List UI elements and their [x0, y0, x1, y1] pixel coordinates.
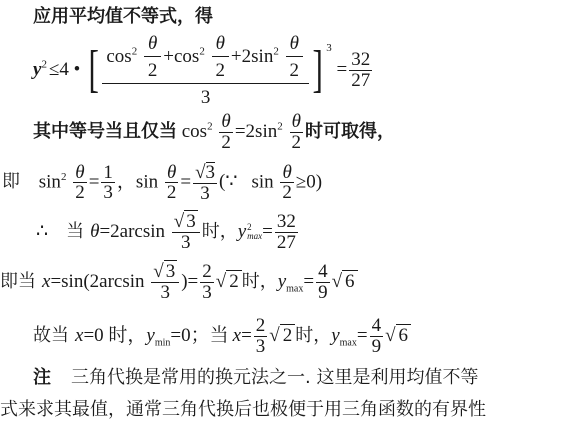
half-theta: θ2 [289, 112, 303, 153]
sub: max [247, 232, 262, 241]
op: + [163, 46, 174, 67]
exp: 2 [61, 171, 67, 183]
var-y: y [146, 325, 154, 346]
var-y: y [238, 221, 246, 242]
equals: = [337, 59, 348, 80]
den: 27 [349, 71, 372, 91]
close: )= [181, 271, 198, 292]
num: 2 [200, 262, 214, 283]
sine-value-line: 即 sin2 θ2=13，sin θ2=√33(∵sin θ2≥0) [2, 162, 322, 204]
exp: 2 [273, 45, 279, 57]
den: 9 [370, 337, 384, 357]
num: 4 [370, 316, 384, 337]
den: 3 [198, 184, 212, 204]
prefix: 其中等号当且仅当 [33, 121, 177, 142]
coef: 23 [200, 262, 214, 303]
den: 2 [73, 183, 87, 203]
radicand: 2 [280, 324, 296, 346]
expr: =sin(2arcsin [50, 271, 144, 292]
sub: max [340, 338, 357, 349]
prefix: 即 [2, 171, 20, 192]
num: θ [219, 112, 232, 133]
sqrt-icon: √ [195, 162, 205, 183]
den: 2 [219, 133, 233, 153]
sqrt-icon: √ [332, 271, 342, 292]
inequality-formula: y2≤4 • [ cos2 θ2+cos2 θ2+2sin2 θ2 3 ]3 =… [33, 34, 374, 107]
num: θ [73, 163, 86, 184]
fn: sin [136, 171, 158, 192]
intro-line: 应用平均值不等式，得 [33, 8, 213, 26]
intro-text: 应用平均值不等式，得 [33, 6, 213, 27]
equality-condition-line: 其中等号当且仅当 cos2 θ2=2sin2 θ2时可取得， [33, 112, 395, 153]
num: √3 [172, 212, 200, 233]
den: 2 [214, 57, 228, 81]
prefix: 故当 [33, 325, 69, 346]
one-third: 13 [101, 163, 115, 204]
mean-numerator: cos2 θ2+cos2 θ2+2sin2 θ2 [102, 34, 309, 84]
note-text-2: 式来求其最值，通常三角代换后也极便于用三角函数的有界性 [0, 399, 486, 420]
equals: = [357, 325, 368, 346]
mean-denominator: 3 [201, 84, 211, 107]
sqrt-icon: √ [269, 325, 279, 346]
fn: 2sin [242, 46, 274, 67]
den: 2 [289, 133, 303, 153]
radicand: 3 [206, 162, 216, 183]
note-continuation: 式来求其最值，通常三角代换后也极便于用三角函数的有界性 [0, 400, 486, 419]
right-bracket: ] [312, 44, 322, 96]
sqrt-icon: √ [216, 271, 226, 292]
den: 2 [280, 183, 294, 203]
den: 27 [275, 233, 298, 253]
radicand: 6 [396, 324, 412, 346]
shi: 时， [242, 271, 278, 292]
exp: 2 [132, 45, 138, 57]
equals: = [89, 171, 100, 192]
root3-over-3: √33 [172, 212, 200, 253]
relation: ≤4 • [49, 59, 80, 80]
num: θ [286, 34, 303, 57]
half-theta: θ2 [280, 163, 294, 204]
root3-over-3: √33 [193, 162, 217, 204]
exp: 2 [277, 120, 283, 132]
num: 4 [316, 262, 330, 283]
den: 3 [159, 283, 173, 303]
root3-over-3: √33 [151, 262, 179, 303]
therefore-icon: ∴ [36, 221, 48, 242]
x-max-line: 即当x=sin(2arcsin √33)=23√2时，ymax=49√6 [0, 262, 358, 303]
half-theta: θ2 [286, 34, 303, 81]
note-line: 注三角代换是常用的换元法之一. 这里是利用均值不等 [33, 368, 478, 387]
equals: = [180, 171, 191, 192]
den: 3 [101, 183, 115, 203]
note-text: 三角代换是常用的换元法之一. 这里是利用均值不等 [71, 367, 478, 388]
equals: = [262, 221, 273, 242]
den: 3 [200, 283, 214, 303]
y-subsup: 2max [247, 223, 262, 241]
den: 2 [288, 57, 302, 81]
part1: =0 时， [83, 325, 146, 346]
sub: max [286, 284, 303, 295]
den: 2 [165, 183, 179, 203]
radicand: 3 [184, 210, 198, 232]
num: θ [212, 34, 229, 57]
coef: 23 [254, 316, 268, 357]
num: 1 [101, 163, 115, 184]
result-fraction: 3227 [349, 50, 372, 91]
suffix: 时可取得， [305, 121, 395, 142]
conclusion-line: 故当x=0 时，ymin=0；当x=23√2时，ymax=49√6 [33, 316, 411, 357]
exp: 2 [207, 120, 213, 132]
num: θ [144, 34, 161, 57]
half-theta: θ2 [219, 112, 233, 153]
mean-fraction: cos2 θ2+cos2 θ2+2sin2 θ2 3 [102, 34, 309, 107]
num: √3 [151, 262, 179, 283]
shi: 时， [202, 221, 238, 242]
fn: cos [106, 46, 131, 67]
half-theta: θ2 [73, 163, 87, 204]
num: 2 [254, 316, 268, 337]
radicand: 6 [342, 270, 358, 292]
num: √3 [193, 162, 217, 184]
den: 3 [179, 233, 193, 253]
note-label: 注 [33, 367, 51, 388]
num: θ [165, 163, 178, 184]
bracket-exponent: 3 [326, 42, 332, 54]
fn: 2sin [246, 121, 278, 142]
part2: =0；当 [170, 325, 228, 346]
prefix: 即当 [0, 271, 36, 292]
num: θ [280, 163, 293, 184]
var-x: x [233, 325, 241, 346]
sqrt-icon: √ [385, 325, 395, 346]
num: θ [290, 112, 303, 133]
fn: cos [182, 121, 207, 142]
var-y: y [331, 325, 339, 346]
var-y: y [278, 271, 286, 292]
half-theta: θ2 [212, 34, 229, 81]
left-bracket: [ [88, 44, 98, 96]
because: (∵ [219, 171, 237, 192]
condition: ≥0) [296, 171, 322, 192]
den: 9 [316, 283, 330, 303]
exp: 2 [199, 45, 205, 57]
half-theta: θ2 [165, 163, 179, 204]
den: 2 [146, 57, 160, 81]
sqrt-icon: √ [174, 211, 184, 232]
equals: = [235, 121, 246, 142]
sqrt-icon: √ [153, 261, 163, 282]
theta-max-line: ∴当θ=2arcsin √33时，y2max=3227 [36, 212, 300, 253]
half-theta: θ2 [144, 34, 161, 81]
result-fraction: 3227 [275, 212, 298, 253]
den: 3 [254, 337, 268, 357]
coef: 49 [370, 316, 384, 357]
expr: =2arcsin [99, 221, 165, 242]
fn: cos [174, 46, 199, 67]
fn: sin [39, 171, 61, 192]
radicand: 3 [164, 260, 178, 282]
when: 当 [66, 221, 84, 242]
coef: 49 [316, 262, 330, 303]
shi: 时， [295, 325, 331, 346]
exp: 2 [41, 58, 47, 70]
equals: = [303, 271, 314, 292]
op: + [231, 46, 242, 67]
radicand: 2 [226, 270, 242, 292]
num: 32 [275, 212, 298, 233]
equals: = [241, 325, 252, 346]
num: 32 [349, 50, 372, 71]
sub: min [155, 338, 171, 349]
separator: ， [117, 171, 136, 192]
fn: sin [251, 171, 273, 192]
